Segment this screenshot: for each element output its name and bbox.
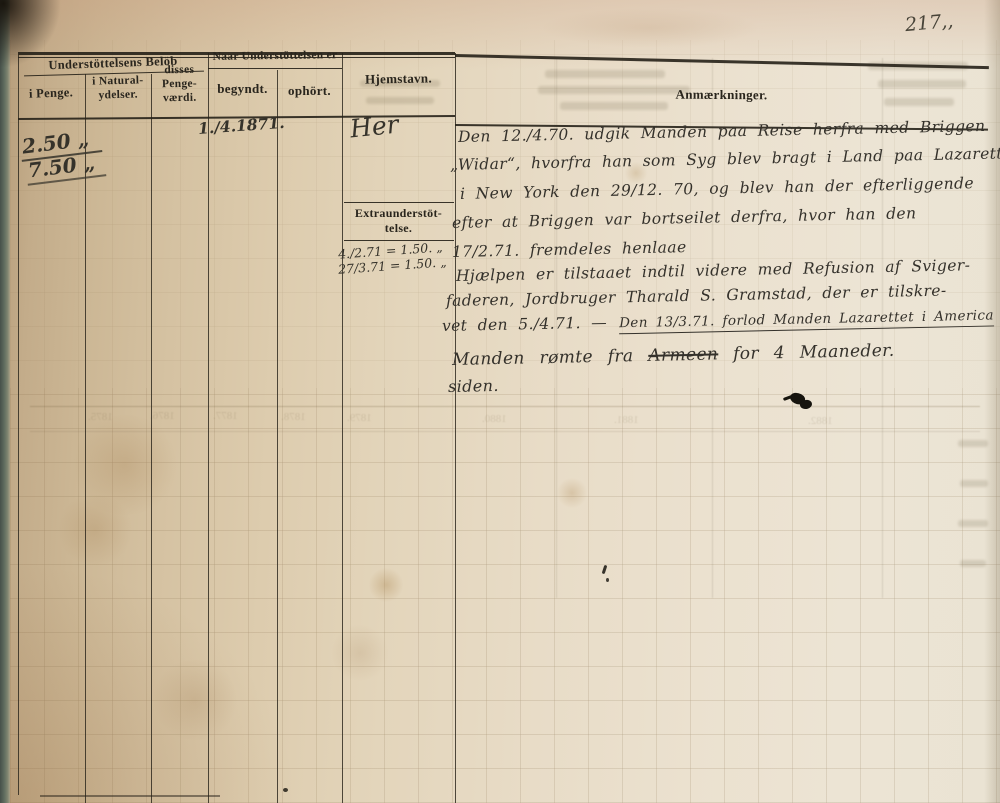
bleed-through-year: 1882. xyxy=(808,415,833,427)
book-binding xyxy=(0,0,10,803)
anm-line-9-struck-word: Armeen xyxy=(648,344,718,365)
bleed-through-line xyxy=(30,431,980,432)
table-vertical-line xyxy=(151,74,152,803)
extra-section-top-rule xyxy=(344,202,454,203)
column-header-natural-line2: ydelser. xyxy=(85,87,151,103)
column-header-anmaerkninger: Anmærkninger. xyxy=(455,85,988,105)
column-header-pengevaerdi-line3: værdi. xyxy=(151,91,208,106)
extra-section-title-line2: telse. xyxy=(342,221,455,236)
anm-line-9: Manden rømte fra Armeen for 4 Maaneder. xyxy=(452,341,895,370)
anm-line-5: 17/2.71. fremdeles henlaae xyxy=(452,238,687,261)
hjemstavn-value: Her xyxy=(349,110,400,144)
column-header-pengevaerdi: disses Penge- værdi. xyxy=(151,63,209,106)
anm-line-9-start: Manden rømte fra xyxy=(452,346,634,370)
paper-stain xyxy=(556,478,588,508)
bleed-through-text-smudge xyxy=(878,80,966,88)
bleed-through-year: 1878. xyxy=(281,411,306,423)
column-header-hjemstavn: Hjemstavn. xyxy=(342,70,455,88)
table-vertical-line xyxy=(18,55,19,795)
bleed-through-year: 1875. xyxy=(88,411,113,423)
page-right-edge-shadow xyxy=(984,0,1000,803)
column-header-ophoert: ophört. xyxy=(277,83,342,99)
paper-stain xyxy=(55,495,135,565)
quadrille-grid-texture-lower xyxy=(10,388,1000,803)
paper-stain xyxy=(150,660,240,740)
bleed-through-text-smudge xyxy=(545,70,665,78)
extra-section-title-line1: Extraunderstöt- xyxy=(342,206,455,221)
bleed-through-year: 1881. xyxy=(614,414,639,426)
bleed-through-text-smudge xyxy=(960,560,986,567)
column-header-natural-line1: i Natural- xyxy=(85,73,151,89)
table-vertical-line xyxy=(342,53,343,803)
paper-stain xyxy=(368,568,404,602)
anm-line-8: vet den 5./4.71. — Den 13/3.71. forlod M… xyxy=(442,306,988,338)
table-vertical-line xyxy=(208,53,209,803)
paper-stain xyxy=(540,8,760,48)
paper-stain xyxy=(70,415,180,515)
anm-line-7: faderen, Jordbruger Tharald S. Gramstad,… xyxy=(446,282,947,310)
column-header-natural: i Natural- ydelser. xyxy=(85,73,152,103)
table-vertical-line xyxy=(277,70,278,803)
bottom-partial-rule xyxy=(40,795,220,797)
ink-speck xyxy=(283,788,288,792)
anm-line-4: efter at Briggen var bortseilet derfra, … xyxy=(452,204,917,232)
anm-line-9-end: for 4 Maaneder. xyxy=(733,341,895,364)
group-header-underline xyxy=(208,68,342,69)
anm-line-8-underlined-note: Den 13/3.71. forlod Manden Lazarettet i … xyxy=(619,307,994,334)
bleed-through-year: 1876. xyxy=(150,410,175,422)
bleed-through-year: 1877. xyxy=(213,410,238,422)
column-header-begyndt: begyndt. xyxy=(208,81,277,97)
group-header-naar: Naar Understöttelsen er xyxy=(208,48,342,64)
ledger-scan-photo: 1875. 1876. 1877. 1878. 1879. 1880. 1881… xyxy=(0,0,1000,803)
column-header-pengevaerdi-line2: Penge- xyxy=(151,77,208,92)
anm-line-8-date: vet den 5./4.71. — xyxy=(442,314,608,335)
column-header-pengevaerdi-line1: disses xyxy=(151,63,208,78)
ink-speck xyxy=(602,565,608,574)
column-header-penge: i Penge. xyxy=(18,85,84,103)
bleed-through-year: 1880. xyxy=(482,413,507,425)
anm-line-10: siden. xyxy=(448,376,499,396)
bleed-through-year: 1879. xyxy=(347,412,372,424)
paper-stain xyxy=(330,625,390,681)
ink-speck xyxy=(606,578,609,582)
ink-blot xyxy=(799,399,813,411)
bleed-through-text-smudge xyxy=(958,440,988,447)
extra-section-title: Extraunderstöt- telse. xyxy=(342,206,455,235)
bleed-through-text-smudge xyxy=(366,97,434,104)
anm-line-6: Hjælpen er tilstaaet indtil videre med R… xyxy=(456,256,971,285)
bleed-through-text-smudge xyxy=(560,102,668,110)
anm-line-1: Den 12./4.70. udgik Manden paa Reise her… xyxy=(458,117,986,146)
anm-line-2: „Widar“, hvorfra han som Syg blev bragt … xyxy=(450,144,1000,174)
bleed-through-text-smudge xyxy=(958,520,988,527)
bleed-through-text-smudge xyxy=(960,480,988,487)
page-number: 217,, xyxy=(904,10,954,36)
table-vertical-line xyxy=(85,74,86,803)
paper-bottom-left-shade xyxy=(0,543,320,803)
anm-line-3: i New York den 29/12. 70, og blev han de… xyxy=(460,174,974,203)
bleed-through-line xyxy=(30,406,980,407)
